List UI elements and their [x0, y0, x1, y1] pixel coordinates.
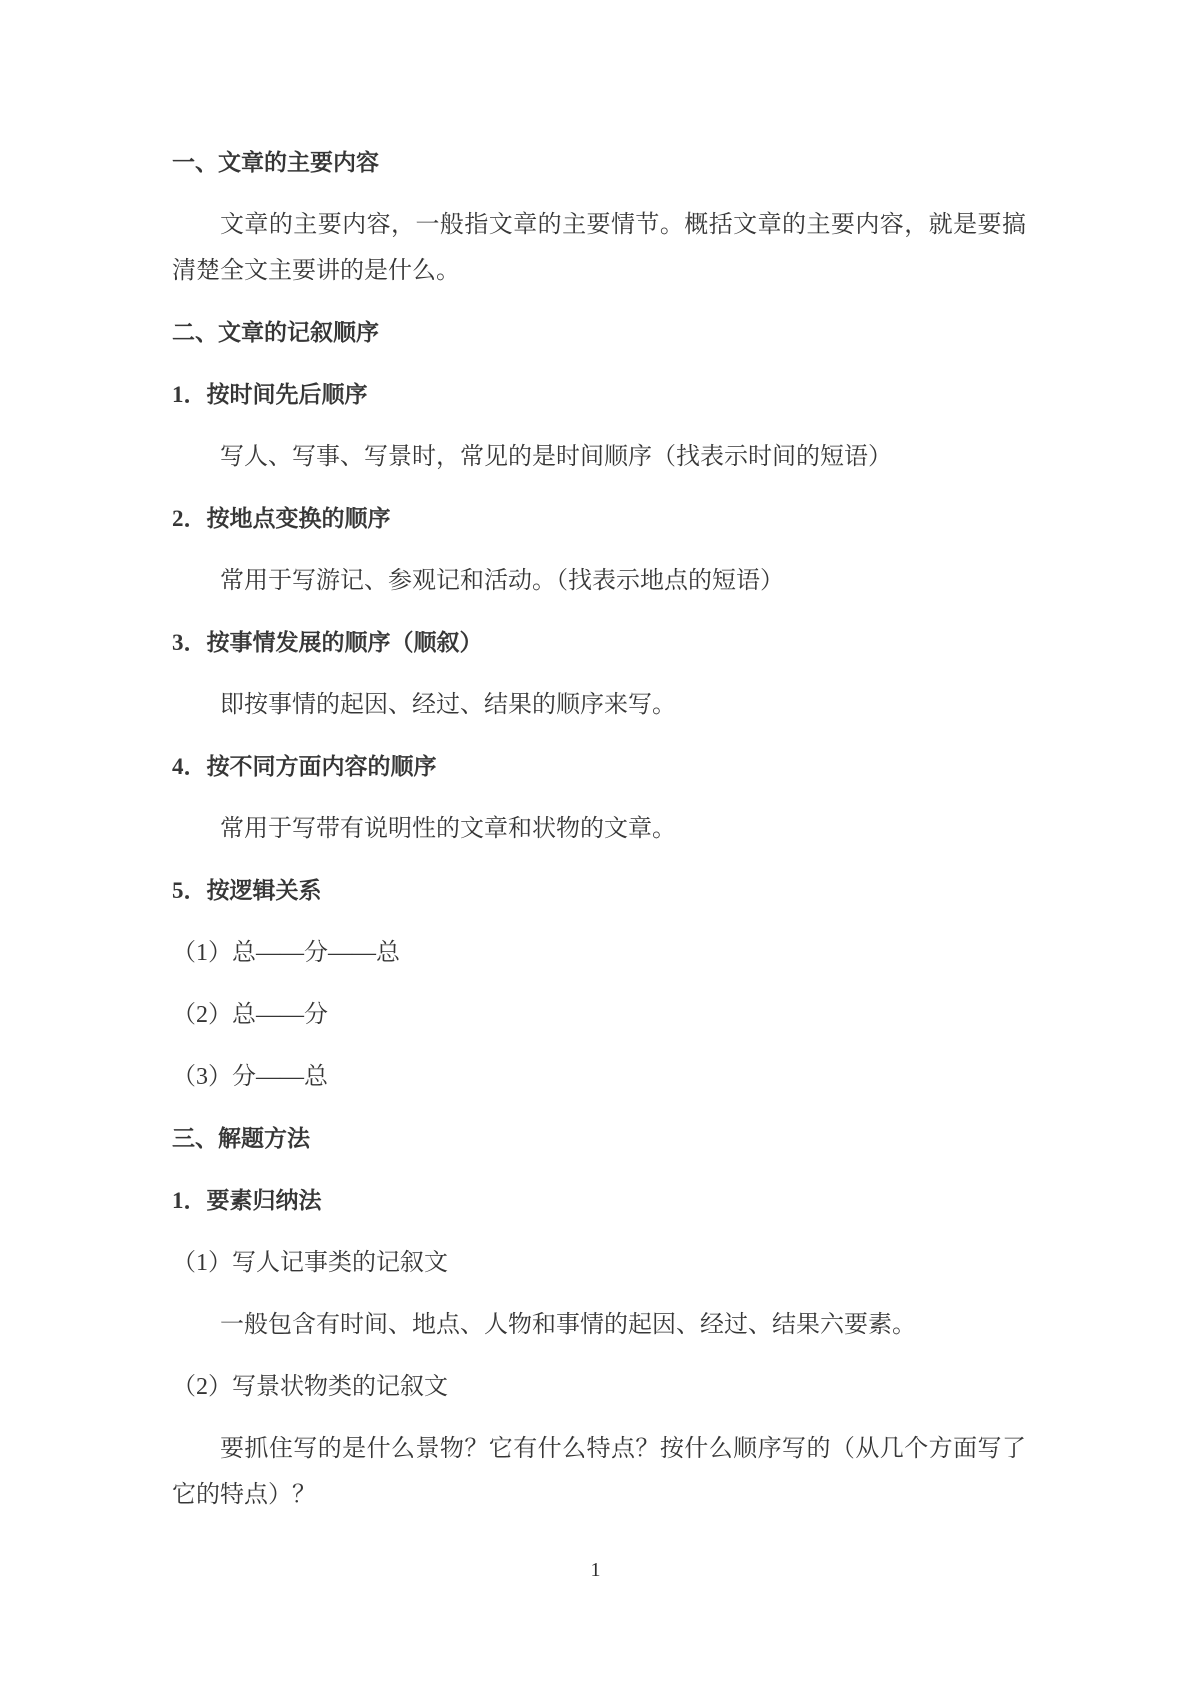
paragraph: 要抓住写的是什么景物？它有什么特点？按什么顺序写的（从几个方面写了它的特点）？ — [172, 1426, 1026, 1518]
list-item: （1）总——分——总 — [172, 930, 1026, 976]
list-item: （3）分——总 — [172, 1054, 1026, 1100]
numbered-heading: 3．按事情发展的顺序（顺叙） — [172, 620, 1026, 666]
list-item: （1）写人记事类的记叙文 — [172, 1240, 1026, 1286]
document-page: 一、文章的主要内容 文章的主要内容，一般指文章的主要情节。概括文章的主要内容，就… — [0, 0, 1191, 1684]
numbered-heading: 1．按时间先后顺序 — [172, 372, 1026, 418]
paragraph: 写人、写事、写景时，常见的是时间顺序（找表示时间的短语） — [172, 434, 1026, 480]
paragraph: 一般包含有时间、地点、人物和事情的起因、经过、结果六要素。 — [172, 1302, 1026, 1348]
page-number: 1 — [0, 1556, 1191, 1584]
paragraph: 文章的主要内容，一般指文章的主要情节。概括文章的主要内容，就是要搞清楚全文主要讲… — [172, 202, 1026, 294]
numbered-heading: 5．按逻辑关系 — [172, 868, 1026, 914]
numbered-heading: 1．要素归纳法 — [172, 1178, 1026, 1224]
section-heading: 三、解题方法 — [172, 1116, 1026, 1162]
document-body: 一、文章的主要内容 文章的主要内容，一般指文章的主要情节。概括文章的主要内容，就… — [0, 0, 1191, 1518]
list-item: （2）写景状物类的记叙文 — [172, 1364, 1026, 1410]
numbered-heading: 4．按不同方面内容的顺序 — [172, 744, 1026, 790]
paragraph: 常用于写游记、参观记和活动。（找表示地点的短语） — [172, 558, 1026, 604]
paragraph: 即按事情的起因、经过、结果的顺序来写。 — [172, 682, 1026, 728]
paragraph: 常用于写带有说明性的文章和状物的文章。 — [172, 806, 1026, 852]
section-heading: 一、文章的主要内容 — [172, 140, 1026, 186]
numbered-heading: 2．按地点变换的顺序 — [172, 496, 1026, 542]
section-heading: 二、文章的记叙顺序 — [172, 310, 1026, 356]
list-item: （2）总——分 — [172, 992, 1026, 1038]
